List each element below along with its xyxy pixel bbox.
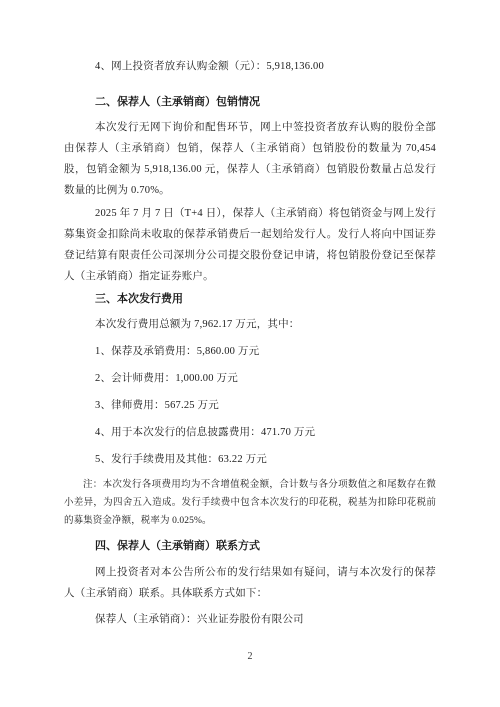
section4-heading-contact-info: 四、保荐人（主承销商）联系方式: [64, 536, 436, 557]
document-page: 4、网上投资者放弃认购金额（元）：5,918,136.00 二、保荐人（主承销商…: [0, 0, 500, 707]
section4-paragraph-inquiry-instructions: 网上投资者对本公告所公布的发行结果如有疑问，请与本次发行的保荐人（主承销商）联系…: [64, 562, 436, 604]
online-investor-abandoned-amount-line: 4、网上投资者放弃认购金额（元）：5,918,136.00: [64, 56, 436, 77]
fee-item-information-disclosure: 4、用于本次发行的信息披露费用：471.70 万元: [64, 422, 436, 443]
section2-heading-underwriting: 二、保荐人（主承销商）包销情况: [64, 92, 436, 113]
section3-heading-issuance-fees: 三、本次发行费用: [64, 289, 436, 310]
fee-item-handling-other: 5、发行手续费用及其他：63.22 万元: [64, 449, 436, 470]
section2-paragraph-settlement-details: 2025 年 7 月 7 日（T+4 日），保荐人（主承销商）将包销资金与网上发…: [64, 203, 436, 287]
fee-item-lawyer: 3、律师费用：567.25 万元: [64, 395, 436, 416]
sponsor-company-line: 保荐人（主承销商）：兴业证券股份有限公司: [64, 609, 436, 630]
fee-item-accountant: 2、会计师费用：1,000.00 万元: [64, 368, 436, 389]
section3-total-fees-line: 本次发行费用总额为 7,962.17 万元，其中：: [64, 314, 436, 335]
section2-paragraph-underwriting-details: 本次发行无网下询价和配售环节，网上中签投资者放弃认购的股份全部由保荐人（主承销商…: [64, 117, 436, 201]
fee-item-sponsorship-underwriting: 1、保荐及承销费用：5,860.00 万元: [64, 341, 436, 362]
page-number: 2: [0, 650, 500, 664]
section3-footnote-tax-explanation: 注：本次发行各项费用均为不含增值税金额，合计数与各分项数值之和尾数存在微小差异，…: [64, 476, 436, 530]
document-content: 4、网上投资者放弃认购金额（元）：5,918,136.00 二、保荐人（主承销商…: [0, 0, 500, 630]
